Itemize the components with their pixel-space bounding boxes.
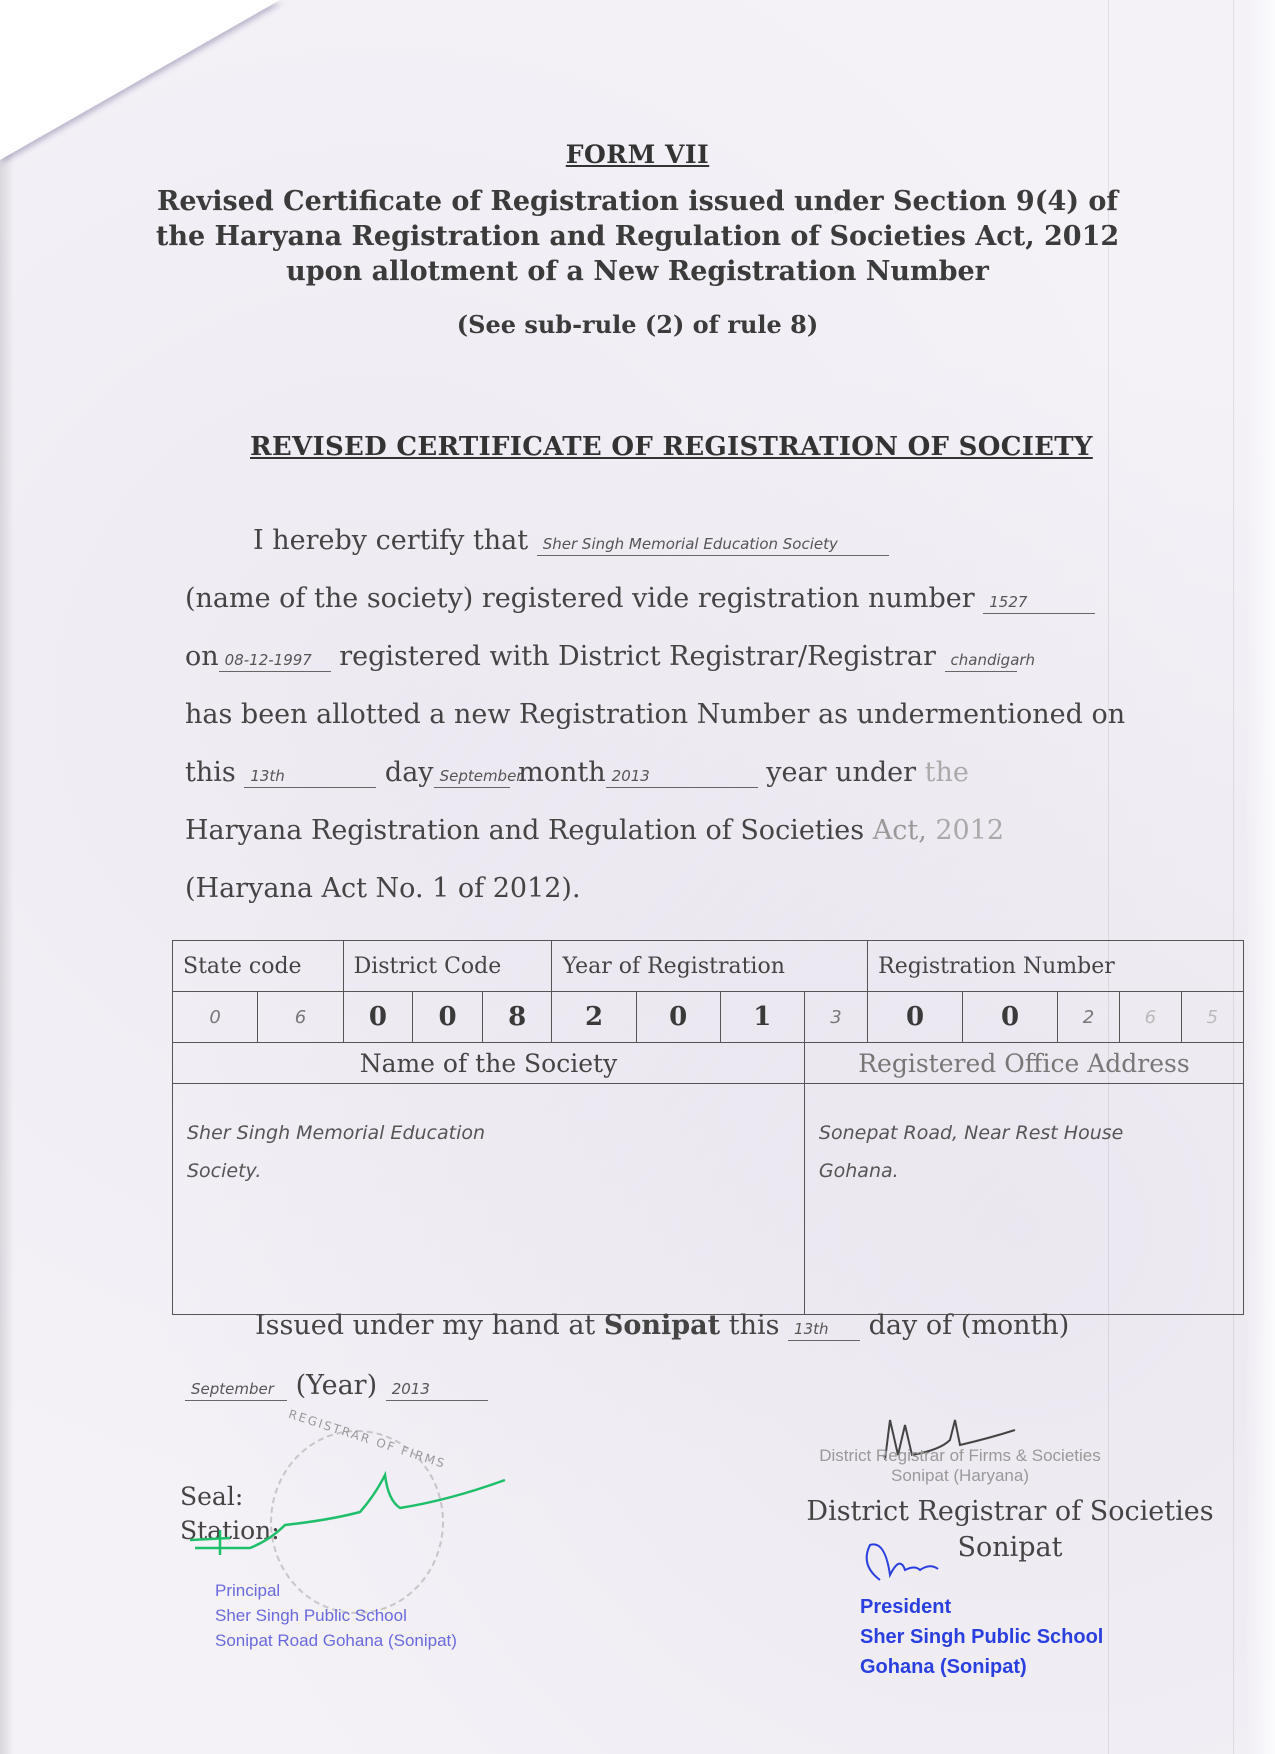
issued-place: Sonipat (604, 1310, 720, 1341)
day-label: day (385, 757, 434, 788)
certificate-heading: REVISED CERTIFICATE OF REGISTRATION OF S… (250, 432, 1250, 462)
certify-text: I hereby certify that (253, 525, 528, 556)
stamp-line: District Registrar of Firms & Societies (760, 1446, 1160, 1466)
stamp-line: Sonipat Road Gohana (Sonipat) (215, 1628, 457, 1653)
issued-statement: Issued under my hand at Sonipat this 13t… (185, 1296, 1265, 1416)
registration-number-digit: 6 (1119, 992, 1181, 1043)
issued-text: Issued under my hand at (255, 1310, 595, 1341)
subtitle-line: upon allotment of a New Registration Num… (0, 254, 1275, 289)
stamp-line: Sher Singh Public School (860, 1622, 1103, 1652)
president-signature (860, 1535, 940, 1585)
state-code-digit: 0 (173, 992, 258, 1043)
certificate-page: FORM VII Revised Certificate of Registra… (0, 0, 1275, 1754)
district-code-header: District Code (343, 941, 552, 992)
subtitle-line: Revised Certificate of Registration issu… (0, 184, 1275, 219)
month-field: September (434, 765, 510, 788)
act-word: Act, (873, 815, 927, 846)
registration-text: (name of the society) registered vide re… (185, 583, 975, 614)
registration-number-digit: 2 (1057, 992, 1119, 1043)
old-registration-number-field: 1527 (983, 591, 1095, 614)
principal-signature (190, 1470, 510, 1560)
certification-paragraph: I hereby certify that Sher Singh Memoria… (185, 512, 1265, 918)
registration-number-digit: 0 (868, 992, 963, 1043)
registration-table: State code District Code Year of Registr… (172, 940, 1244, 1315)
year-digit: 3 (804, 992, 867, 1043)
year-digit: 1 (720, 992, 804, 1043)
year-digit: 2 (552, 992, 636, 1043)
day-of-month-text: day of (month) (869, 1310, 1070, 1341)
content-row: Sher Singh Memorial Education Society. S… (173, 1084, 1244, 1315)
society-name-header: Name of the Society (173, 1043, 805, 1084)
principal-stamp: Principal Sher Singh Public School Sonip… (215, 1578, 457, 1653)
society-name-field: Sher Singh Memorial Education Society (537, 533, 889, 556)
section-header-row: Name of the Society Registered Office Ad… (173, 1043, 1244, 1084)
office-address-header: Registered Office Address (804, 1043, 1243, 1084)
registrar-title: District Registrar of Societies (780, 1494, 1240, 1530)
day-field: 13th (244, 765, 376, 788)
act-word: Registration (311, 815, 480, 846)
subtitle-line: the Haryana Registration and Regulation … (0, 219, 1275, 254)
act-word: 2012 (935, 815, 1004, 846)
registrar-text: registered with District Registrar/Regis… (339, 641, 936, 672)
registration-number-digit: 0 (963, 992, 1058, 1043)
stamp-line: Gohana (Sonipat) (860, 1652, 1103, 1682)
form-subtitle: Revised Certificate of Registration issu… (0, 184, 1275, 289)
year-label: year (766, 757, 826, 788)
registrar-place-field: chandigarh (945, 649, 1017, 672)
act-word: Regulation (548, 815, 697, 846)
stamp-line: Sher Singh Public School (215, 1603, 457, 1628)
stamp-line: Principal (215, 1578, 457, 1603)
president-stamp: President Sher Singh Public School Gohan… (860, 1592, 1103, 1682)
month-label: month (518, 757, 606, 788)
registration-date-field: 08-12-1997 (219, 649, 331, 672)
issued-day-field: 13th (788, 1318, 860, 1341)
this-text: this (185, 757, 236, 788)
state-code-digit: 6 (258, 992, 343, 1043)
act-line: Haryana Registration and Regulation of S… (185, 802, 1245, 860)
subrule-reference: (See sub-rule (2) of rule 8) (0, 310, 1275, 339)
address-line: Sonepat Road, Near Rest House (819, 1114, 1229, 1152)
stamp-line: Sonipat (Haryana) (760, 1466, 1160, 1486)
form-title: FORM VII (0, 140, 1275, 169)
state-code-header: State code (173, 941, 344, 992)
address-line: Gohana. (819, 1152, 1229, 1190)
folded-corner (0, 0, 280, 160)
the-text: the (925, 757, 969, 788)
year-of-registration-header: Year of Registration (552, 941, 868, 992)
district-code-digit: 0 (413, 992, 483, 1043)
issued-month-field: September (185, 1378, 287, 1401)
act-word: of (705, 815, 731, 846)
registrar-designation: District Registrar of Societies Sonipat (780, 1494, 1240, 1566)
district-code-digit: 0 (343, 992, 413, 1043)
allotment-text: has been allotted a new Registration Num… (185, 686, 1265, 744)
registrar-place: Sonipat (780, 1530, 1240, 1566)
table-header-row: State code District Code Year of Registr… (173, 941, 1244, 992)
office-address-cell: Sonepat Road, Near Rest House Gohana. (804, 1084, 1243, 1315)
registration-number-digit: 5 (1181, 992, 1243, 1043)
society-name-line: Society. (187, 1152, 790, 1190)
table-digits-row: 0 6 0 0 8 2 0 1 3 0 0 2 6 5 (173, 992, 1244, 1043)
this-text: this (729, 1310, 780, 1341)
act-word: and (489, 815, 540, 846)
act-number-text: (Haryana Act No. 1 of 2012). (185, 860, 1265, 918)
year-label: (Year) (296, 1370, 378, 1401)
on-text: on (185, 641, 219, 672)
issued-year-field: 2013 (386, 1378, 488, 1401)
society-name-line: Sher Singh Memorial Education (187, 1114, 790, 1152)
registrar-stamp: District Registrar of Firms & Societies … (760, 1446, 1160, 1486)
act-word: Haryana (185, 815, 302, 846)
district-code-digit: 8 (482, 992, 552, 1043)
registration-number-header: Registration Number (868, 941, 1244, 992)
act-word: Societies (740, 815, 864, 846)
year-field: 2013 (606, 765, 758, 788)
stamp-line: President (860, 1592, 1103, 1622)
under-text: under (835, 757, 916, 788)
society-name-cell: Sher Singh Memorial Education Society. (173, 1084, 805, 1315)
year-digit: 0 (636, 992, 720, 1043)
